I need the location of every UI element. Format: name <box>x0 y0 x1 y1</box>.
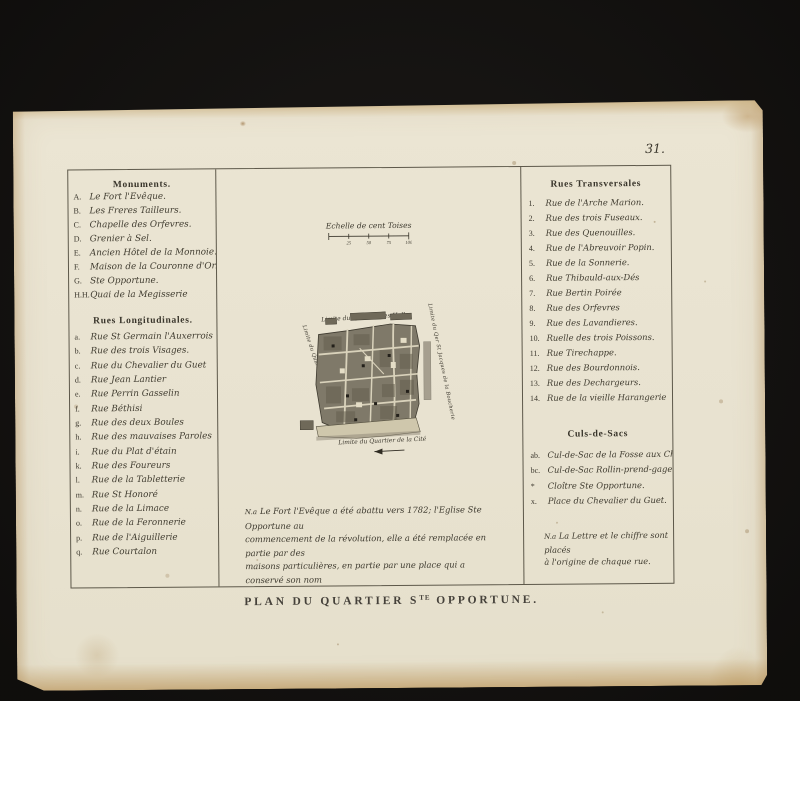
item-key: 11. <box>523 349 547 358</box>
quartier-map: Limite du Quartier des Halles Limite du … <box>295 293 464 466</box>
list-item: q.Rue Courtalon <box>71 547 218 562</box>
item-label: Rue des Dechargeurs. <box>547 377 641 388</box>
list-item: 10.Ruelle des trois Poissons. <box>523 332 672 348</box>
item-label: Rue Bertin Poirée <box>546 287 622 298</box>
item-label: Rue des deux Boules <box>91 418 184 429</box>
list-item: *Cloître Ste Opportune. <box>524 479 673 495</box>
item-key: E. <box>69 249 90 258</box>
item-label: Rue des Orfevres <box>546 302 620 313</box>
screenshot-root: 31. Monuments. A.Le Fort l'Evêque.B.Les … <box>0 0 800 800</box>
list-item: D.Grenier à Sel. <box>69 234 216 249</box>
rues-transversales-heading: Rues Transversales <box>521 179 670 190</box>
item-label: Rue Jean Lantier <box>91 375 166 386</box>
item-label: Rue des Foureurs <box>92 461 171 472</box>
item-key: g. <box>70 418 91 427</box>
list-item: m.Rue St Honoré <box>71 489 218 504</box>
list-item: 2.Rue des trois Fuseaux. <box>522 212 671 228</box>
item-key: f. <box>70 404 91 413</box>
item-key: x. <box>524 497 548 506</box>
item-key: 2. <box>522 214 546 223</box>
list-item: 6.Rue Thibauld-aux-Dés <box>522 272 671 288</box>
item-key: ab. <box>523 451 547 460</box>
item-label: Rue du Plat d'étain <box>91 446 176 457</box>
legend-footnote: N.a La Lettre et le chiffre sont placés … <box>544 529 673 569</box>
list-item: p.Rue de l'Aiguillerie <box>71 532 218 547</box>
list-item: E.Ancien Hôtel de la Monnoie. <box>69 248 216 263</box>
list-item: f.Rue Béthisi <box>70 403 217 418</box>
engraving-sheet: 31. Monuments. A.Le Fort l'Evêque.B.Les … <box>13 100 768 691</box>
list-item: F.Maison de la Couronne d'Or. <box>69 262 216 277</box>
item-label: Rue de l'Abreuvoir Popin. <box>546 242 655 253</box>
item-label: Le Fort l'Evêque. <box>89 192 166 203</box>
list-item: 7.Rue Bertin Poirée <box>522 287 671 303</box>
list-item: A.Le Fort l'Evêque. <box>68 191 215 206</box>
item-key: 9. <box>522 319 546 328</box>
list-item: a.Rue St Germain l'Auxerrois <box>69 331 216 346</box>
item-key: m. <box>71 490 92 499</box>
item-key: c. <box>70 361 91 370</box>
item-label: Rue des Quenouilles. <box>546 227 636 238</box>
caption-line: N.aLe Fort l'Evêque a été abattu vers 17… <box>245 503 501 533</box>
scale-tick: 75 <box>386 240 391 245</box>
item-label: Grenier à Sel. <box>90 234 152 244</box>
item-key: 3. <box>522 229 546 238</box>
item-key: 5. <box>522 259 546 268</box>
list-item: G.Ste Opportune. <box>69 276 216 291</box>
item-key: 1. <box>521 199 545 208</box>
footnote-mark: N.a <box>544 533 556 541</box>
list-item: h.Rue des mauvaises Paroles <box>70 432 217 447</box>
center-column: Echelle de cent Toises 25 50 75 100 Limi <box>216 167 523 586</box>
scale-tick: 25 <box>346 240 351 245</box>
list-item: 8.Rue des Orfevres <box>522 302 671 318</box>
item-label: Cloître Ste Opportune. <box>548 480 645 491</box>
item-label: Rue des Lavandieres. <box>546 317 637 328</box>
list-item: bc.Cul-de-Sac Rollin-prend-gage. <box>524 464 673 480</box>
item-label: Rue de la Sonnerie. <box>546 257 630 268</box>
caption-line: commencement de la révolution, elle a ét… <box>245 531 501 560</box>
list-item: k.Rue des Foureurs <box>71 460 218 475</box>
item-label: Rue Tirechappe. <box>547 347 617 358</box>
item-label: Rue de la Limace <box>92 504 169 515</box>
list-item: 9.Rue des Lavandieres. <box>522 317 671 333</box>
list-item: H.H.Quai de la Megisserie <box>69 290 216 305</box>
list-item: 5.Rue de la Sonnerie. <box>522 257 671 273</box>
item-label: Rue des Bourdonnois. <box>547 362 640 373</box>
rues-longitudinales-list: a.Rue St Germain l'Auxerroisb.Rue des tr… <box>69 331 218 562</box>
paper-stain <box>713 94 783 139</box>
item-label: Rue Thibauld-aux-Dés <box>546 272 639 283</box>
item-label: Rue de la Feronnerie <box>92 518 186 529</box>
plate-title: PLAN DU QUARTIER STE OPPORTUNE. <box>17 591 767 610</box>
list-item: g.Rue des deux Boules <box>70 417 217 432</box>
rues-transversales-list: 1.Rue de l'Arche Marion.2.Rue des trois … <box>521 197 672 408</box>
list-item: C.Chapelle des Orfevres. <box>69 219 216 234</box>
item-key: b. <box>70 347 91 356</box>
item-label: Quai de la Megisserie <box>90 290 187 301</box>
item-key: C. <box>69 220 90 229</box>
paper-stain <box>239 120 247 127</box>
item-key: H.H. <box>69 291 90 300</box>
list-item: c.Rue du Chevalier du Guet <box>70 360 217 375</box>
item-key: q. <box>71 547 92 556</box>
item-label: Rue du Chevalier du Guet <box>91 360 207 371</box>
list-item: o.Rue de la Feronnerie <box>71 518 218 533</box>
item-label: Rue St Germain l'Auxerrois <box>90 331 212 342</box>
list-item: 1.Rue de l'Arche Marion. <box>521 197 670 213</box>
list-item: d.Rue Jean Lantier <box>70 374 217 389</box>
scale-block: Echelle de cent Toises 25 50 75 100 <box>217 220 521 247</box>
item-key: 7. <box>522 289 546 298</box>
list-item: l.Rue de la Tabletterie <box>71 475 218 490</box>
item-key: 12. <box>523 364 547 373</box>
list-item: 12.Rue des Bourdonnois. <box>523 362 672 378</box>
item-key: n. <box>71 504 92 513</box>
list-item: 3.Rue des Quenouilles. <box>522 227 671 243</box>
item-key: a. <box>69 332 90 341</box>
list-item: 14.Rue de la vieille Harangerie <box>523 392 672 408</box>
item-key: 8. <box>522 304 546 313</box>
item-label: Ancien Hôtel de la Monnoie. <box>90 248 217 259</box>
item-key: o. <box>71 519 92 528</box>
item-label: Rue de la vieille Harangerie <box>547 392 666 403</box>
item-key: i. <box>70 447 91 456</box>
list-item: B.Les Freres Tailleurs. <box>69 205 216 220</box>
map-caption: N.aLe Fort l'Evêque a été abattu vers 17… <box>245 503 502 586</box>
paper-stain <box>695 628 782 759</box>
scale-bar: 25 50 75 100 <box>326 231 412 247</box>
rues-longitudinales-heading: Rues Longitudinales. <box>69 315 216 326</box>
item-key: 10. <box>523 334 547 343</box>
item-label: Rue de la Tabletterie <box>92 475 185 486</box>
item-label: Place du Chevalier du Guet. <box>548 495 667 506</box>
item-key: d. <box>70 375 91 384</box>
item-key: 13. <box>523 379 547 388</box>
item-key: l. <box>71 476 92 485</box>
monuments-heading: Monuments. <box>68 179 215 190</box>
item-key: F. <box>69 263 90 272</box>
list-item: n.Rue de la Limace <box>71 503 218 518</box>
list-item: i.Rue du Plat d'étain <box>70 446 217 461</box>
item-key: A. <box>68 192 89 201</box>
item-key: e. <box>70 390 91 399</box>
direction-arrow <box>374 448 404 454</box>
item-label: Rue des trois Fuseaux. <box>546 212 643 223</box>
list-item: x.Place du Chevalier du Guet. <box>524 495 673 511</box>
caption-line: maisons particulières, en partie par une… <box>245 559 501 587</box>
caption-note-mark: N.a <box>245 508 257 516</box>
item-key: 6. <box>522 274 546 283</box>
item-label: Ste Opportune. <box>90 276 158 287</box>
item-label: Les Freres Tailleurs. <box>90 206 182 217</box>
item-key: B. <box>69 206 90 215</box>
paper-stain <box>67 625 127 685</box>
item-label: Rue de l'Aiguillerie <box>92 532 178 543</box>
item-key: h. <box>70 433 91 442</box>
item-key: 4. <box>522 244 546 253</box>
list-item: ab.Cul-de-Sac de la Fosse aux Chiens. <box>523 449 672 465</box>
item-label: Cul-de-Sac de la Fosse aux Chiens. <box>547 449 673 460</box>
item-label: Rue Perrin Gasselin <box>91 389 180 400</box>
item-label: Maison de la Couronne d'Or. <box>90 262 218 273</box>
item-key: * <box>524 481 548 490</box>
item-label: Cul-de-Sac Rollin-prend-gage. <box>548 464 674 475</box>
monuments-list: A.Le Fort l'Evêque.B.Les Freres Tailleur… <box>68 191 216 305</box>
list-item: 4.Rue de l'Abreuvoir Popin. <box>522 242 671 258</box>
scale-tick: 50 <box>366 240 371 245</box>
item-label: Rue St Honoré <box>92 490 158 501</box>
table-frame: Monuments. A.Le Fort l'Evêque.B.Les Frer… <box>67 165 674 589</box>
item-key: 14. <box>523 394 547 403</box>
plate-number: 31. <box>645 141 665 156</box>
item-label: Rue des trois Visages. <box>91 346 190 357</box>
item-key: D. <box>69 234 90 243</box>
item-label: Ruelle des trois Poissons. <box>547 332 655 343</box>
item-label: Rue Courtalon <box>92 547 157 558</box>
photo-black-background: 31. Monuments. A.Le Fort l'Evêque.B.Les … <box>0 0 800 701</box>
item-key: G. <box>69 277 90 286</box>
right-column: Rues Transversales 1.Rue de l'Arche Mari… <box>521 166 673 584</box>
scale-label: Echelle de cent Toises <box>217 220 521 231</box>
item-label: Rue Béthisi <box>91 404 142 414</box>
list-item: 13.Rue des Dechargeurs. <box>523 377 672 393</box>
culs-de-sacs-list: ab.Cul-de-Sac de la Fosse aux Chiens.bc.… <box>523 449 672 511</box>
item-label: Rue des mauvaises Paroles <box>91 432 212 443</box>
item-key: bc. <box>524 466 548 475</box>
list-item: e.Rue Perrin Gasselin <box>70 389 217 404</box>
foxing-specks <box>13 106 15 108</box>
item-label: Rue de l'Arche Marion. <box>545 197 643 208</box>
left-column: Monuments. A.Le Fort l'Evêque.B.Les Frer… <box>68 169 218 587</box>
item-key: k. <box>71 461 92 470</box>
list-item: b.Rue des trois Visages. <box>70 346 217 361</box>
item-label: Chapelle des Orfevres. <box>90 220 192 231</box>
scale-tick: 100 <box>405 240 411 245</box>
list-item: 11.Rue Tirechappe. <box>523 347 672 363</box>
item-key: p. <box>71 533 92 542</box>
culs-de-sacs-heading: Culs-de-Sacs <box>523 429 672 440</box>
